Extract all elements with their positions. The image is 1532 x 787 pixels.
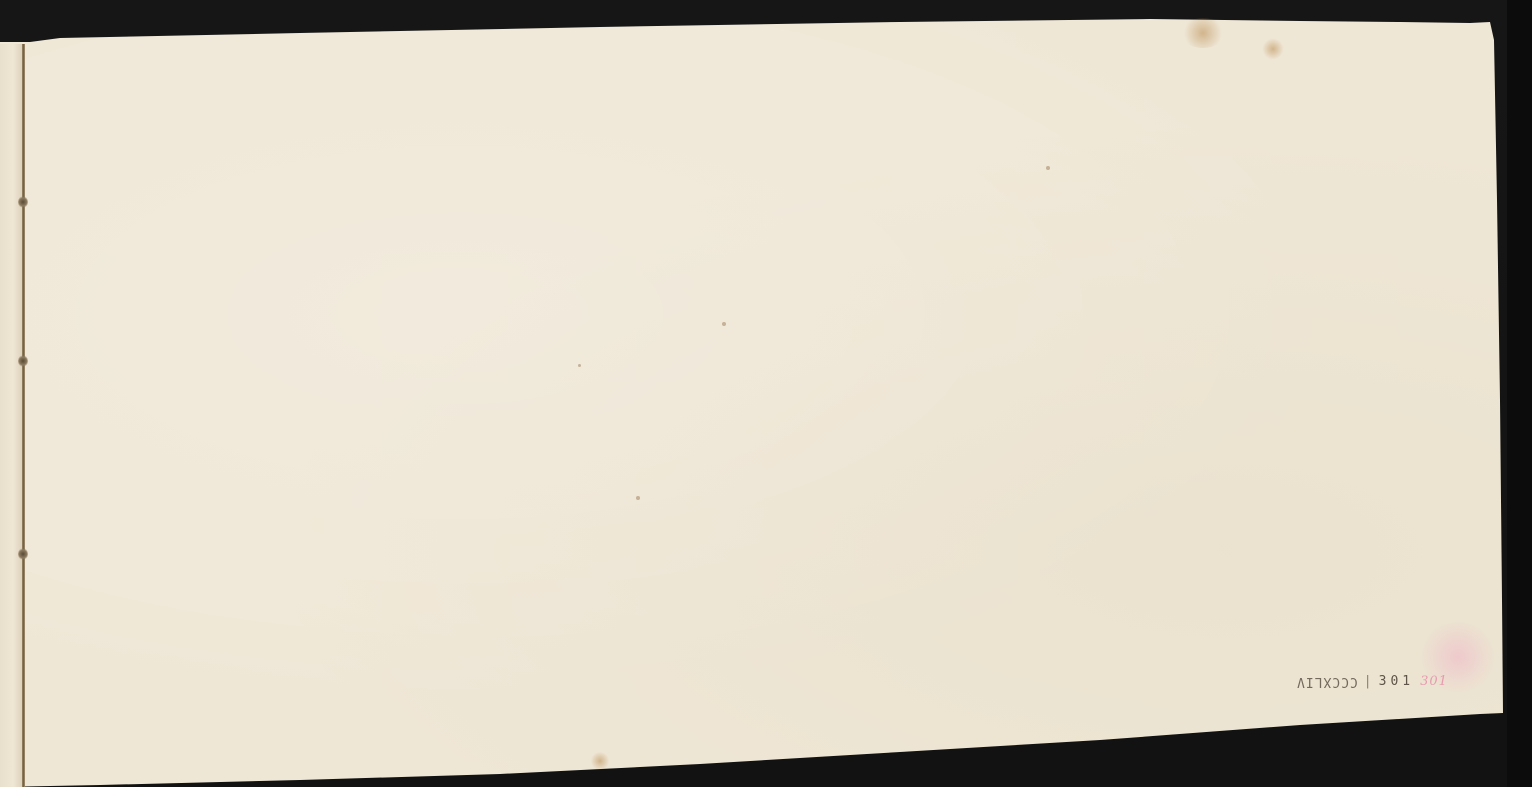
foxing-stain bbox=[590, 752, 610, 770]
stamp-roman-numeral: CCCXLIV bbox=[1296, 674, 1358, 689]
binding-stitch bbox=[18, 196, 28, 208]
foxing-stain bbox=[1180, 18, 1226, 48]
collection-stamp: CCCXLIV | 301 301 bbox=[1296, 674, 1448, 689]
paper-speck bbox=[1046, 166, 1050, 170]
foxing-stain bbox=[1262, 38, 1284, 60]
stamp-folio-number: 301 bbox=[1379, 674, 1414, 689]
right-dark-margin bbox=[1507, 0, 1532, 787]
paper-speck bbox=[636, 496, 640, 500]
stamp-separator: | bbox=[1364, 674, 1373, 689]
binding-stitch bbox=[18, 355, 28, 367]
paper-speck bbox=[722, 322, 726, 326]
binding-gutter bbox=[22, 44, 25, 787]
sketchbook-page bbox=[0, 0, 1532, 787]
paper-speck bbox=[578, 364, 581, 367]
handwritten-folio-number: 301 bbox=[1420, 674, 1448, 689]
binding-stitch bbox=[18, 548, 28, 560]
previous-page-edge bbox=[0, 44, 22, 787]
